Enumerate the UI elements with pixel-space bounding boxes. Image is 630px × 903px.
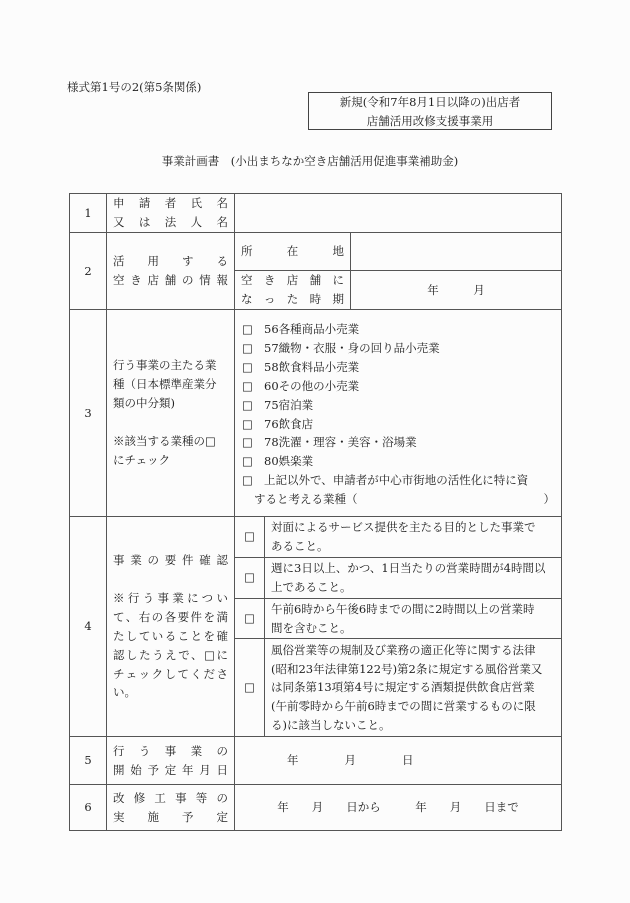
option-56-general-merchandise[interactable]: □56各種商品小売業 [242,320,555,339]
checkbox-icon[interactable]: □ [242,320,264,339]
start-date-field[interactable]: 年 月 日 [235,737,562,785]
category-line-2: 店舗活用改修支援事業用 [309,112,551,131]
applicant-category-box: 新規(令和7年8月1日以降の)出店者 店舗活用改修支援事業用 [308,92,552,130]
checkbox-icon[interactable]: □ [242,339,264,358]
row-number: 2 [70,233,107,310]
vacancy-date-label: 空き店舗に なった時期 [235,271,351,310]
option-80-entertainment[interactable]: □80娯楽業 [242,452,555,471]
option-75-accommodation[interactable]: □75宿泊業 [242,396,555,415]
row-number: 4 [70,517,107,737]
option-60-other-retail[interactable]: □60その他の小売業 [242,377,555,396]
title-text: 事業計画書 (小出まちなか空き店舗活用促進事業補助金) [162,154,458,168]
option-57-textiles-apparel[interactable]: □57織物・衣服・身の回り品小売業 [242,339,555,358]
page-title: 事業計画書 (小出まちなか空き店舗活用促進事業補助金) [0,153,630,169]
requirement-3-checkbox[interactable]: □ [235,598,265,639]
checkbox-icon[interactable]: □ [242,377,264,396]
row-applicant-name: 1 申請者氏名 又は法人名 [70,194,562,233]
category-line-1: 新規(令和7年8月1日以降の)出店者 [309,93,551,112]
requirement-3-text: 午前6時から午後6時までの間に2時間以上の営業時 間を含むこと。 [265,598,562,639]
checkbox-icon[interactable]: □ [242,433,264,452]
row-requirement-1: 4 事業の要件確認 ※行う事業につい て、右の各要件を満 たしていることを確 認… [70,517,562,558]
business-plan-table: 1 申請者氏名 又は法人名 2 活用する 空き店舗の情報 所在地 空き店舗に な… [69,193,562,831]
requirement-2-checkbox[interactable]: □ [235,557,265,598]
option-76-restaurants[interactable]: □76飲食店 [242,415,555,434]
location-label: 所在地 [235,233,351,271]
row-number: 6 [70,785,107,831]
vacancy-date-field[interactable]: 年 月 [351,271,562,310]
requirement-1-checkbox[interactable]: □ [235,517,265,558]
location-field[interactable] [351,233,562,271]
applicant-name-field[interactable] [235,194,562,233]
checkbox-icon[interactable]: □ [242,396,264,415]
start-date-label: 行う事業の 開始予定年月日 [107,737,235,785]
requirement-4-checkbox[interactable]: □ [235,639,265,737]
option-78-laundry-beauty-bath[interactable]: □78洗濯・理容・美容・浴場業 [242,433,555,452]
checkbox-icon[interactable]: □ [242,471,264,490]
other-business-type-field[interactable]: すると考える業種（ ） [242,490,555,509]
row-business-type: 3 行う事業の主たる業 種（日本標準産業分 類の中分類) ※該当する業種の□ に… [70,310,562,517]
row-renovation-schedule: 6 改修工事等の 実施予定 年 月 日から 年 月 日まで [70,785,562,831]
requirements-label: 事業の要件確認 ※行う事業につい て、右の各要件を満 たしていることを確 認した… [107,517,235,737]
business-type-label: 行う事業の主たる業 種（日本標準産業分 類の中分類) ※該当する業種の□ にチェ… [107,310,235,517]
row-vacant-store: 2 活用する 空き店舗の情報 所在地 [70,233,562,271]
renovation-schedule-label: 改修工事等の 実施予定 [107,785,235,831]
row-number: 5 [70,737,107,785]
requirement-2-text: 週に3日以上、かつ、1日当たりの営業時間が4時間以 上であること。 [265,557,562,598]
applicant-name-label: 申請者氏名 又は法人名 [107,194,235,233]
requirement-4-text: 風俗営業等の規制及び業務の適正化等に関する法律 (昭和23年法律第122号)第2… [265,639,562,737]
row-number: 1 [70,194,107,233]
checkbox-icon[interactable]: □ [242,358,264,377]
renovation-schedule-field[interactable]: 年 月 日から 年 月 日まで [235,785,562,831]
requirement-1-text: 対面によるサービス提供を主たる目的とした事業で あること。 [265,517,562,558]
checkbox-icon[interactable]: □ [242,415,264,434]
checkbox-icon[interactable]: □ [242,452,264,471]
form-number: 様式第1号の2(第5条関係) [67,79,201,95]
option-58-food-beverage-retail[interactable]: □58飲食料品小売業 [242,358,555,377]
vacant-store-label: 活用する 空き店舗の情報 [107,233,235,310]
row-number: 3 [70,310,107,517]
option-other[interactable]: □上記以外で、申請者が中心市街地の活性化に特に資 [242,471,555,490]
row-start-date: 5 行う事業の 開始予定年月日 年 月 日 [70,737,562,785]
business-type-options: □56各種商品小売業 □57織物・衣服・身の回り品小売業 □58飲食料品小売業 … [235,310,562,517]
